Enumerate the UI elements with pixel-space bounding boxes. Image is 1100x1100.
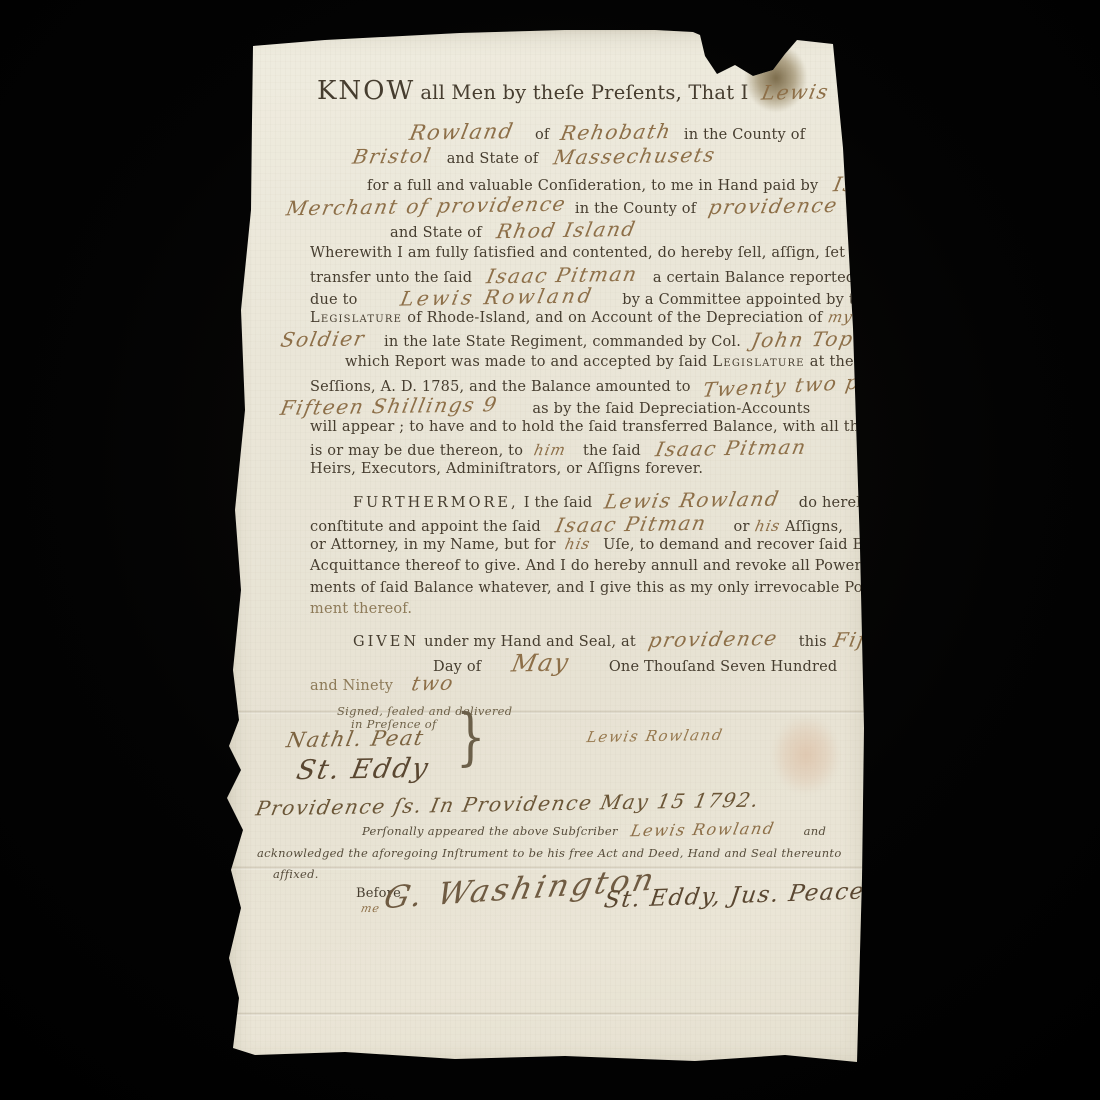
assignment-line-8: Fifteen Shillings 9 as by the ſaid Depre… <box>281 396 810 417</box>
printed-segment: in the late State Regiment, commanded by… <box>384 334 741 350</box>
legislature-word: Legislature <box>713 354 805 370</box>
printed-segment: One Thouſand Seven Hundred <box>609 659 838 675</box>
printed-segment: for a full and valuable Conſideration, t… <box>367 178 818 194</box>
grantee-name-hw: Isaac Pitman <box>831 172 986 196</box>
his-hw: his <box>563 537 591 553</box>
assignment-line-1: Wherewith I am fully ſatisfied and conte… <box>310 244 919 261</box>
heading-know-word: KNOW <box>317 76 415 106</box>
soldier-hw: Soldier <box>279 328 367 350</box>
grantee-state-hw: Rhod Island <box>495 219 639 242</box>
legislature-word: Legislature <box>310 310 402 326</box>
printed-segment: Wherewith I am fully ſatisfied and conte… <box>310 245 919 261</box>
assignment-line-3: due to Lewis Rowland by a Committee appo… <box>310 287 873 308</box>
printed-segment: or <box>734 519 750 535</box>
printed-segment: is or may be due thereon, to <box>310 443 523 459</box>
furthermore-line-1: FURTHERMORE, I the ſaid Lewis Rowland do… <box>353 490 874 511</box>
printed-segment: of <box>535 127 550 143</box>
printed-segment: Seſſions, A. D. 1785, and the Balance am… <box>310 379 691 395</box>
printed-segment: Perſonally appeared the above Subſcriber <box>362 824 618 838</box>
execution-year-hw: two <box>410 673 456 695</box>
printed-segment: the ſaid <box>583 443 641 459</box>
assignment-line-9: will appear ; to have and to hold the ſa… <box>310 418 966 435</box>
printed-segment: as by the ſaid Depreciation-Accounts <box>532 401 810 417</box>
testimonium-line-2: Day of May One Thouſand Seven Hundred <box>433 651 837 676</box>
justice-signature-line: St. Eddy, Jus. Peace <box>605 884 864 908</box>
printed-segment: and State of <box>447 151 539 167</box>
justice-signature-hw: St. Eddy, Jus. Peace <box>603 879 867 912</box>
grantee-name-hw: Isaac Pitman <box>654 437 809 461</box>
printed-segment: of Rhode-Island, and on Account of the D… <box>407 310 822 326</box>
witness-brace-line: } <box>451 704 490 769</box>
printed-segment: and State of <box>390 225 482 241</box>
venue-hw: Providence ſs. In Providence May 15 1792… <box>254 790 761 820</box>
furthermore-line-3: or Attorney, in my Name, but for his Uſe… <box>310 536 950 553</box>
printed-segment: due to <box>310 292 358 308</box>
grantor-county-hw: Bristol <box>351 145 434 167</box>
printed-segment: Uſe, to demand and recover ſaid Balance,… <box>603 537 950 553</box>
printed-segment: by a Committee appointed by the <box>622 292 873 308</box>
furthermore-word: FURTHERMORE, <box>353 495 519 511</box>
printed-segment: under my Hand and Seal, at <box>424 634 636 650</box>
execution-day-hw: Fifteenth <box>832 628 944 651</box>
printed-segment: Heirs, Executors, Adminiſtrators, or Aſſ… <box>310 461 703 477</box>
grantor-state-hw: Massechusets <box>551 145 717 169</box>
assignment-line-4: Legislature of Rhode-Island, and on Acco… <box>310 309 919 326</box>
party-line-1: Rowland of Rehobath in the County of <box>410 121 805 143</box>
grantor-name-hw: Lewis Rowland <box>603 488 782 512</box>
party-line-2: Bristol and State of Massechusets <box>353 146 715 167</box>
party-line-3: for a full and valuable Conſideration, t… <box>367 173 984 194</box>
grantee-occupation-hw: Merchant of providence <box>284 194 568 220</box>
printed-segment: Aſſigns, <box>785 519 843 535</box>
printed-segment: and <box>804 824 827 838</box>
assignment-line-11: Heirs, Executors, Adminiſtrators, or Aſſ… <box>310 460 703 477</box>
printed-segment: Acquittance thereof to give. And I do he… <box>310 558 946 574</box>
grantor-surname-hw: Rowland <box>408 120 517 144</box>
furthermore-line-6: ment thereof. <box>310 600 412 617</box>
printed-segment: will appear ; to have and to hold the ſa… <box>310 419 966 435</box>
testimonium-line-1: GIVEN under my Hand and Seal, at provide… <box>353 629 941 650</box>
printed-segment: I the ſaid <box>524 495 593 511</box>
witness1-signature-hw: Nathl. Peat <box>285 727 427 751</box>
fold-crease-3 <box>225 1012 866 1016</box>
printed-segment: in the County of <box>575 201 696 217</box>
printed-segment: do hereby <box>799 495 874 511</box>
colonel-name-hw: John Topham <box>750 328 905 352</box>
furthermore-line-5: ments of ſaid Balance whatever, and I gi… <box>310 579 979 596</box>
furthermore-line-4: Acquittance thereof to give. And I do he… <box>310 557 946 574</box>
grantor-first-name-hw: Lewis <box>759 81 830 103</box>
printed-segment: or Attorney, in my Name, but for <box>310 537 556 553</box>
printed-segment: conſtitute and appoint the ſaid <box>310 519 541 535</box>
signer-signature-line: Lewis Rowland <box>587 728 723 745</box>
printed-segment: affixed. <box>273 867 319 881</box>
signer-signature-hw: Lewis Rowland <box>585 728 724 746</box>
witness-signature-2: St. Eddy <box>297 756 429 784</box>
printed-segment: which Report was made to and accepted by… <box>345 354 707 370</box>
heading-printed-text: all Men by theſe Preſents, That I <box>420 81 748 104</box>
grantor-town-hw: Rehobath <box>558 121 673 144</box>
assignment-line-7: Seſſions, A. D. 1785, and the Balance am… <box>310 374 928 395</box>
testimonium-line-3: and Ninety two <box>310 673 454 694</box>
execution-month-hw: May <box>510 651 572 677</box>
seal-stain <box>770 714 842 796</box>
his-hw: his <box>753 519 781 535</box>
heading-line: KNOW all Men by theſe Preſents, That I L… <box>317 78 829 105</box>
amount-shillings-hw: Fifteen Shillings 9 <box>279 394 500 419</box>
witness-signature-1: Nathl. Peat <box>287 728 424 750</box>
party-line-4: Merchant of providence in the County of … <box>287 196 838 217</box>
me-hw: me <box>360 903 381 915</box>
acknowledgment-line-2: acknowledged the aforegoing Inſtrument t… <box>257 844 842 861</box>
party-line-5: and State of Rhod Island <box>390 220 636 241</box>
printed-segment: in the County of <box>684 127 805 143</box>
assignment-line-2: transfer unto the ſaid Isaac Pitman a ce… <box>310 265 898 286</box>
venue-line: Providence ſs. In Providence May 15 1792… <box>257 794 759 815</box>
execution-place-hw: providence <box>647 628 780 651</box>
acknowledgment-line-1: Perſonally appeared the above Subſcriber… <box>362 822 826 839</box>
witness2-signature-hw: St. Eddy <box>294 755 432 786</box>
grantor-name-hw: Lewis Rowland <box>398 285 595 309</box>
printed-segment: Pay as a <box>858 310 920 326</box>
assignment-line-5: Soldier in the late State Regiment, comm… <box>281 329 902 350</box>
before-me-line: me <box>361 899 380 916</box>
my-hw: my <box>826 310 854 326</box>
document-paper: KNOW all Men by theſe Preſents, That I L… <box>225 28 870 1070</box>
assignment-line-6: which Report was made to and accepted by… <box>345 353 931 370</box>
printed-segment: and Ninety <box>310 678 393 694</box>
witness-brace: } <box>456 704 486 769</box>
printed-segment: a certain Balance reported to be <box>653 270 898 286</box>
acknowledgment-line-3: affixed. <box>273 865 319 882</box>
fold-crease-1 <box>225 710 866 714</box>
printed-segment: acknowledged the aforegoing Inſtrument t… <box>257 846 842 860</box>
printed-segment: at their October <box>810 354 932 370</box>
furthermore-line-2: conſtitute and appoint the ſaid Isaac Pi… <box>310 514 843 535</box>
printed-segment: ments of ſaid Balance whatever, and I gi… <box>310 580 979 596</box>
given-word: GIVEN <box>353 634 419 650</box>
printed-segment: transfer unto the ſaid <box>310 270 472 286</box>
assignment-line-10: is or may be due thereon, to him the ſai… <box>310 438 806 459</box>
grantee-name-hw: Isaac Pitman <box>554 513 709 537</box>
photo-background: KNOW all Men by theſe Preſents, That I L… <box>0 0 1100 1100</box>
him-hw: him <box>533 443 568 459</box>
printed-segment: this <box>799 634 827 650</box>
grantor-name-hw: Lewis Rowland <box>629 821 776 840</box>
printed-segment: ment thereof. <box>310 601 412 617</box>
grantee-county-hw: providence <box>707 195 840 218</box>
